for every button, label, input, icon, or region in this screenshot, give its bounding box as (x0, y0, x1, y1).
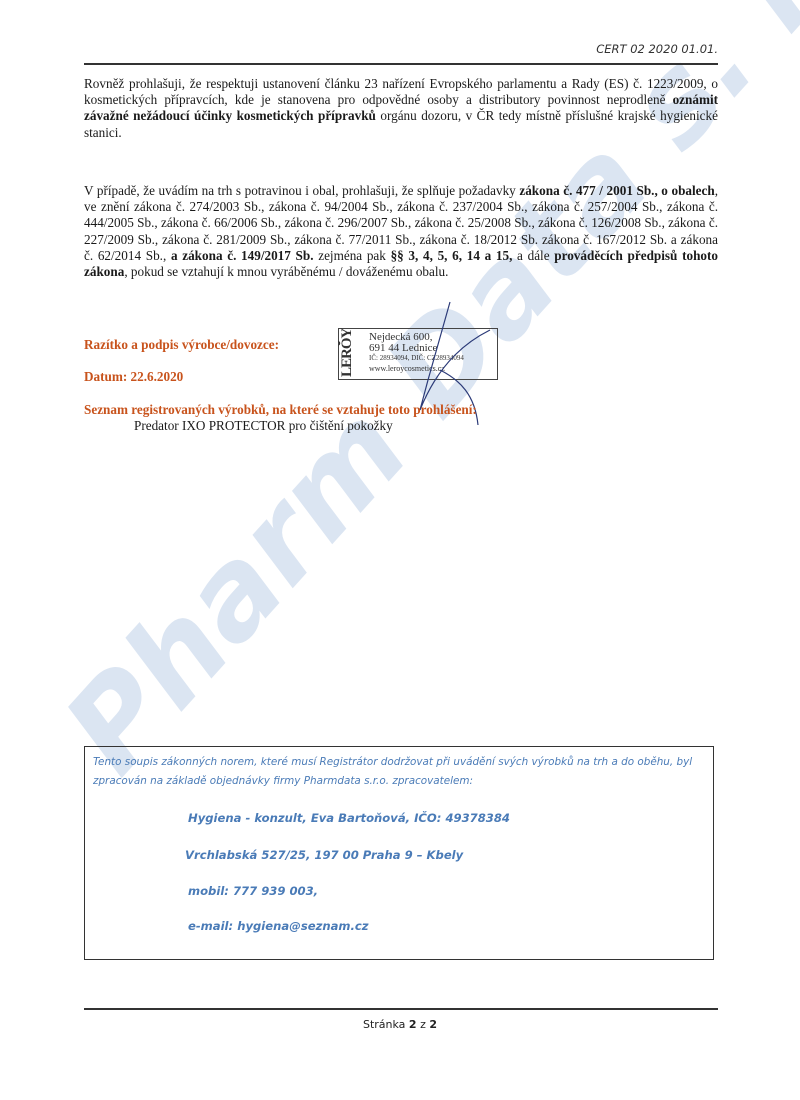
date-label: Datum: 22.6.2020 (84, 369, 183, 385)
processor-address: Vrchlabská 527/25, 197 00 Praha 9 – Kbel… (185, 848, 463, 862)
products-heading: Seznam registrovaných výrobků, na které … (84, 402, 477, 418)
company-logo: LERŎY (342, 331, 364, 377)
stamp-signature-label: Razítko a podpis výrobce/dovozce: (84, 337, 279, 353)
processor-email: e-mail: hygiena@seznam.cz (188, 919, 369, 933)
document-code: CERT 02 2020 01.01. (596, 42, 718, 56)
notice-box: Tento soupis zákonných norem, které musí… (84, 746, 714, 960)
product-item: Predator IXO PROTECTOR pro čištění pokož… (134, 418, 393, 434)
paragraph-packaging-law: V případě, že uvádím na trh s potravinou… (84, 183, 718, 280)
footer-divider (84, 1008, 718, 1010)
header-divider (84, 63, 718, 65)
paragraph-adverse-effects: Rovněž prohlašuji, že respektuji ustanov… (84, 76, 718, 141)
processor-name: Hygiena - konzult, Eva Bartoňová, IČO: 4… (188, 811, 510, 825)
processor-mobile: mobil: 777 939 003, (188, 884, 318, 898)
notice-intro: Tento soupis zákonných norem, které musí… (93, 753, 707, 791)
page-number: Stránka 2 z 2 (0, 1018, 800, 1031)
